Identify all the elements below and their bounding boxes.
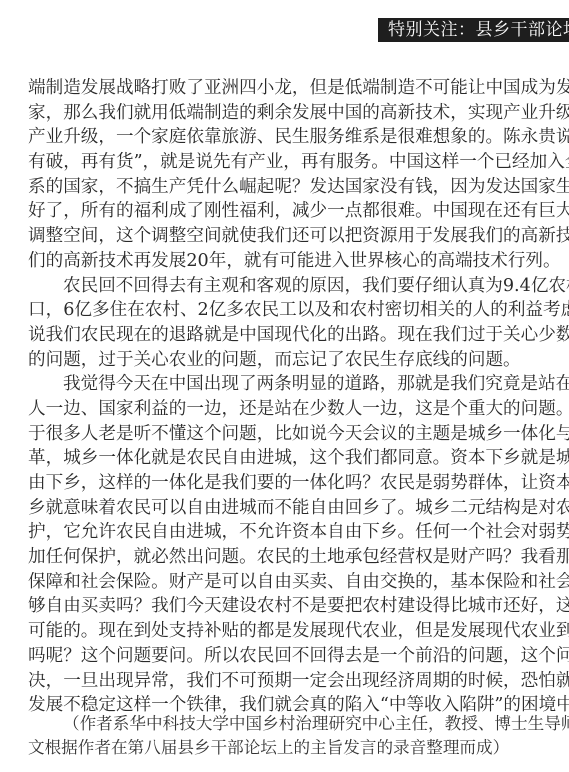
text-line: 革，城乡一体化就是农民自由进城，这个我们都同意。资本下乡就是城市人自 [28,446,550,471]
text-line: 说我们农民现在的退路就是中国现代化的出路。现在我们过于关心少数人致富 [28,323,550,348]
text-line: 有破，再有货”，就是说先有产业，再有服务。中国这样一个已经加入全球化体 [28,150,550,175]
text-line: 调整空间，这个调整空间就使我们还可以把资源用于发展我们的高新技术。我 [28,224,550,249]
paragraph: 我觉得今天在中国出现了两条明显的道路，那就是我们究竟是站在大多数 人一边、国家利… [28,372,550,718]
text-line: 好了，所有的福利成了刚性福利，减少一点都很难。中国现在还有巨大的利益 [28,199,550,224]
text-line: 吗呢？这个问题要问。所以农民回不回得去是一个前沿的问题，这个问题不解 [28,644,550,669]
text-line: 口，6亿多住在农村、2亿多农民工以及和农村密切相关的人的利益考虑。可以 [28,298,550,323]
text-line: 的问题，过于关心农业的问题，而忘记了农民生存底线的问题。 [28,348,550,373]
text-line: 系的国家，不搞生产凭什么崛起呢？发达国家没有钱，因为发达国家生活得太 [28,175,550,200]
author-note: （作者系华中科技大学中国乡村治理研究中心主任，教授、博士生导师；本 文根据作者在… [28,712,550,760]
paragraph: 农民回不回得去有主观和客观的原因，我们要仔细认真为9.4亿农村户籍人 口，6亿多… [28,274,550,373]
text-line: 于很多人老是听不懂这个问题，比如说今天会议的主题是城乡一体化与农村改 [28,422,550,447]
text-line: 保障和社会保险。财产是可以自由买卖、自由交换的，基本保险和社会保障能 [28,570,550,595]
note-line: （作者系华中科技大学中国乡村治理研究中心主任，教授、博士生导师；本 [28,712,550,736]
text-line: 们的高新技术再发展20年，就有可能进入世界核心的高端技术行列。 [28,249,550,274]
text-line: 护，它允许农民自由进城，不允许资本自由下乡。任何一个社会对弱势群体不 [28,520,550,545]
text-line: 决，一旦出现异常，我们不可预期一定会出现经济周期的时候，恐怕就会导致 [28,669,550,694]
text-line: 加任何保护，就必然出问题。农民的土地承包经营权是财产吗？我看那是基本 [28,545,550,570]
text-line: 我觉得今天在中国出现了两条明显的道路，那就是我们究竟是站在大多数 [28,372,550,397]
text-line: 由下乡，这样的一体化是我们要的一体化吗？农民是弱势群体，让资本自由下 [28,471,550,496]
section-label: 特别关注：县乡干部论坛 [388,20,569,40]
text-line: 端制造发展战略打败了亚洲四小龙，但是低端制造不可能让中国成为发达国 [28,76,550,101]
text-line: 产业升级，一个家庭依靠旅游、民生服务维系是很难想象的。陈永贵说过“先 [28,125,550,150]
text-line: 人一边、国家利益的一边，还是站在少数人一边，这是个重大的问题。我困惑 [28,397,550,422]
text-line: 可能的。现在到处支持补贴的都是发展现代农业，但是发展现代农业到底要干 [28,619,550,644]
text-line: 够自由买卖吗？我们今天建设农村不是要把农村建设得比城市还好，这是没有 [28,594,550,619]
paragraph: 端制造发展战略打败了亚洲四小龙，但是低端制造不可能让中国成为发达国 家，那么我们… [28,76,550,274]
text-line: 农民回不回得去有主观和客观的原因，我们要仔细认真为9.4亿农村户籍人 [28,274,550,299]
note-line: 文根据作者在第八届县乡干部论坛上的主旨发言的录音整理而成） [28,736,550,760]
section-header-bar: 特别关注：县乡干部论坛 [378,18,569,42]
text-line: 家，那么我们就用低端制造的剩余发展中国的高新技术，实现产业升级。没有 [28,101,550,126]
article-body: 端制造发展战略打败了亚洲四小龙，但是低端制造不可能让中国成为发达国 家，那么我们… [28,76,550,718]
text-line: 乡就意味着农民可以自由进城而不能自由回乡了。城乡二元结构是对农民的保 [28,496,550,521]
